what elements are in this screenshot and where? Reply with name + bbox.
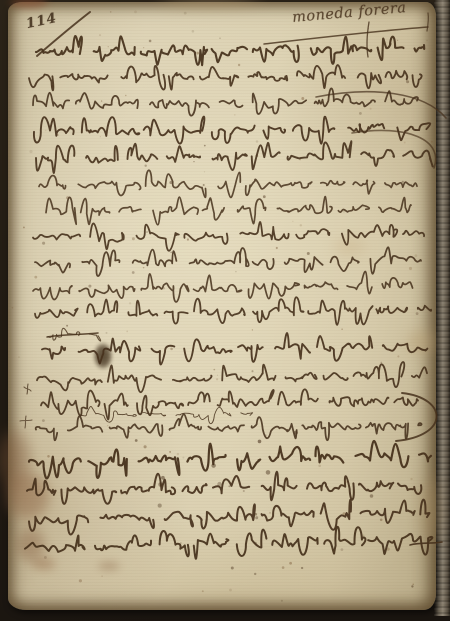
handwriting-line bbox=[39, 170, 417, 197]
handwriting-line bbox=[46, 197, 411, 225]
handwriting-line bbox=[29, 441, 431, 478]
handwriting-line bbox=[36, 141, 433, 173]
right-arc-1-stroke bbox=[316, 92, 446, 118]
margin-star-stroke bbox=[24, 384, 31, 394]
handwriting-line bbox=[33, 222, 424, 251]
handwriting-line bbox=[35, 247, 421, 276]
handwriting-line bbox=[35, 297, 431, 325]
handwriting-line bbox=[25, 527, 432, 559]
handwriting-lines bbox=[25, 36, 433, 559]
heading-tick-stroke bbox=[427, 13, 428, 31]
manuscript-scan: 114 moneda forera bbox=[0, 0, 450, 621]
right-arc-2-stroke bbox=[352, 130, 436, 168]
handwriting-line bbox=[29, 500, 429, 535]
handwriting-line bbox=[29, 65, 422, 90]
handwriting-line bbox=[36, 36, 424, 65]
handwriting-line bbox=[36, 414, 422, 440]
heading-descender-stroke bbox=[367, 22, 369, 57]
handwriting-svg bbox=[0, 0, 450, 621]
handwriting-line bbox=[27, 472, 421, 504]
margin-mark-stroke bbox=[20, 416, 32, 428]
flourish-strokes bbox=[20, 12, 446, 545]
heading-underline-stroke bbox=[264, 27, 428, 44]
handwriting-line bbox=[37, 362, 427, 392]
